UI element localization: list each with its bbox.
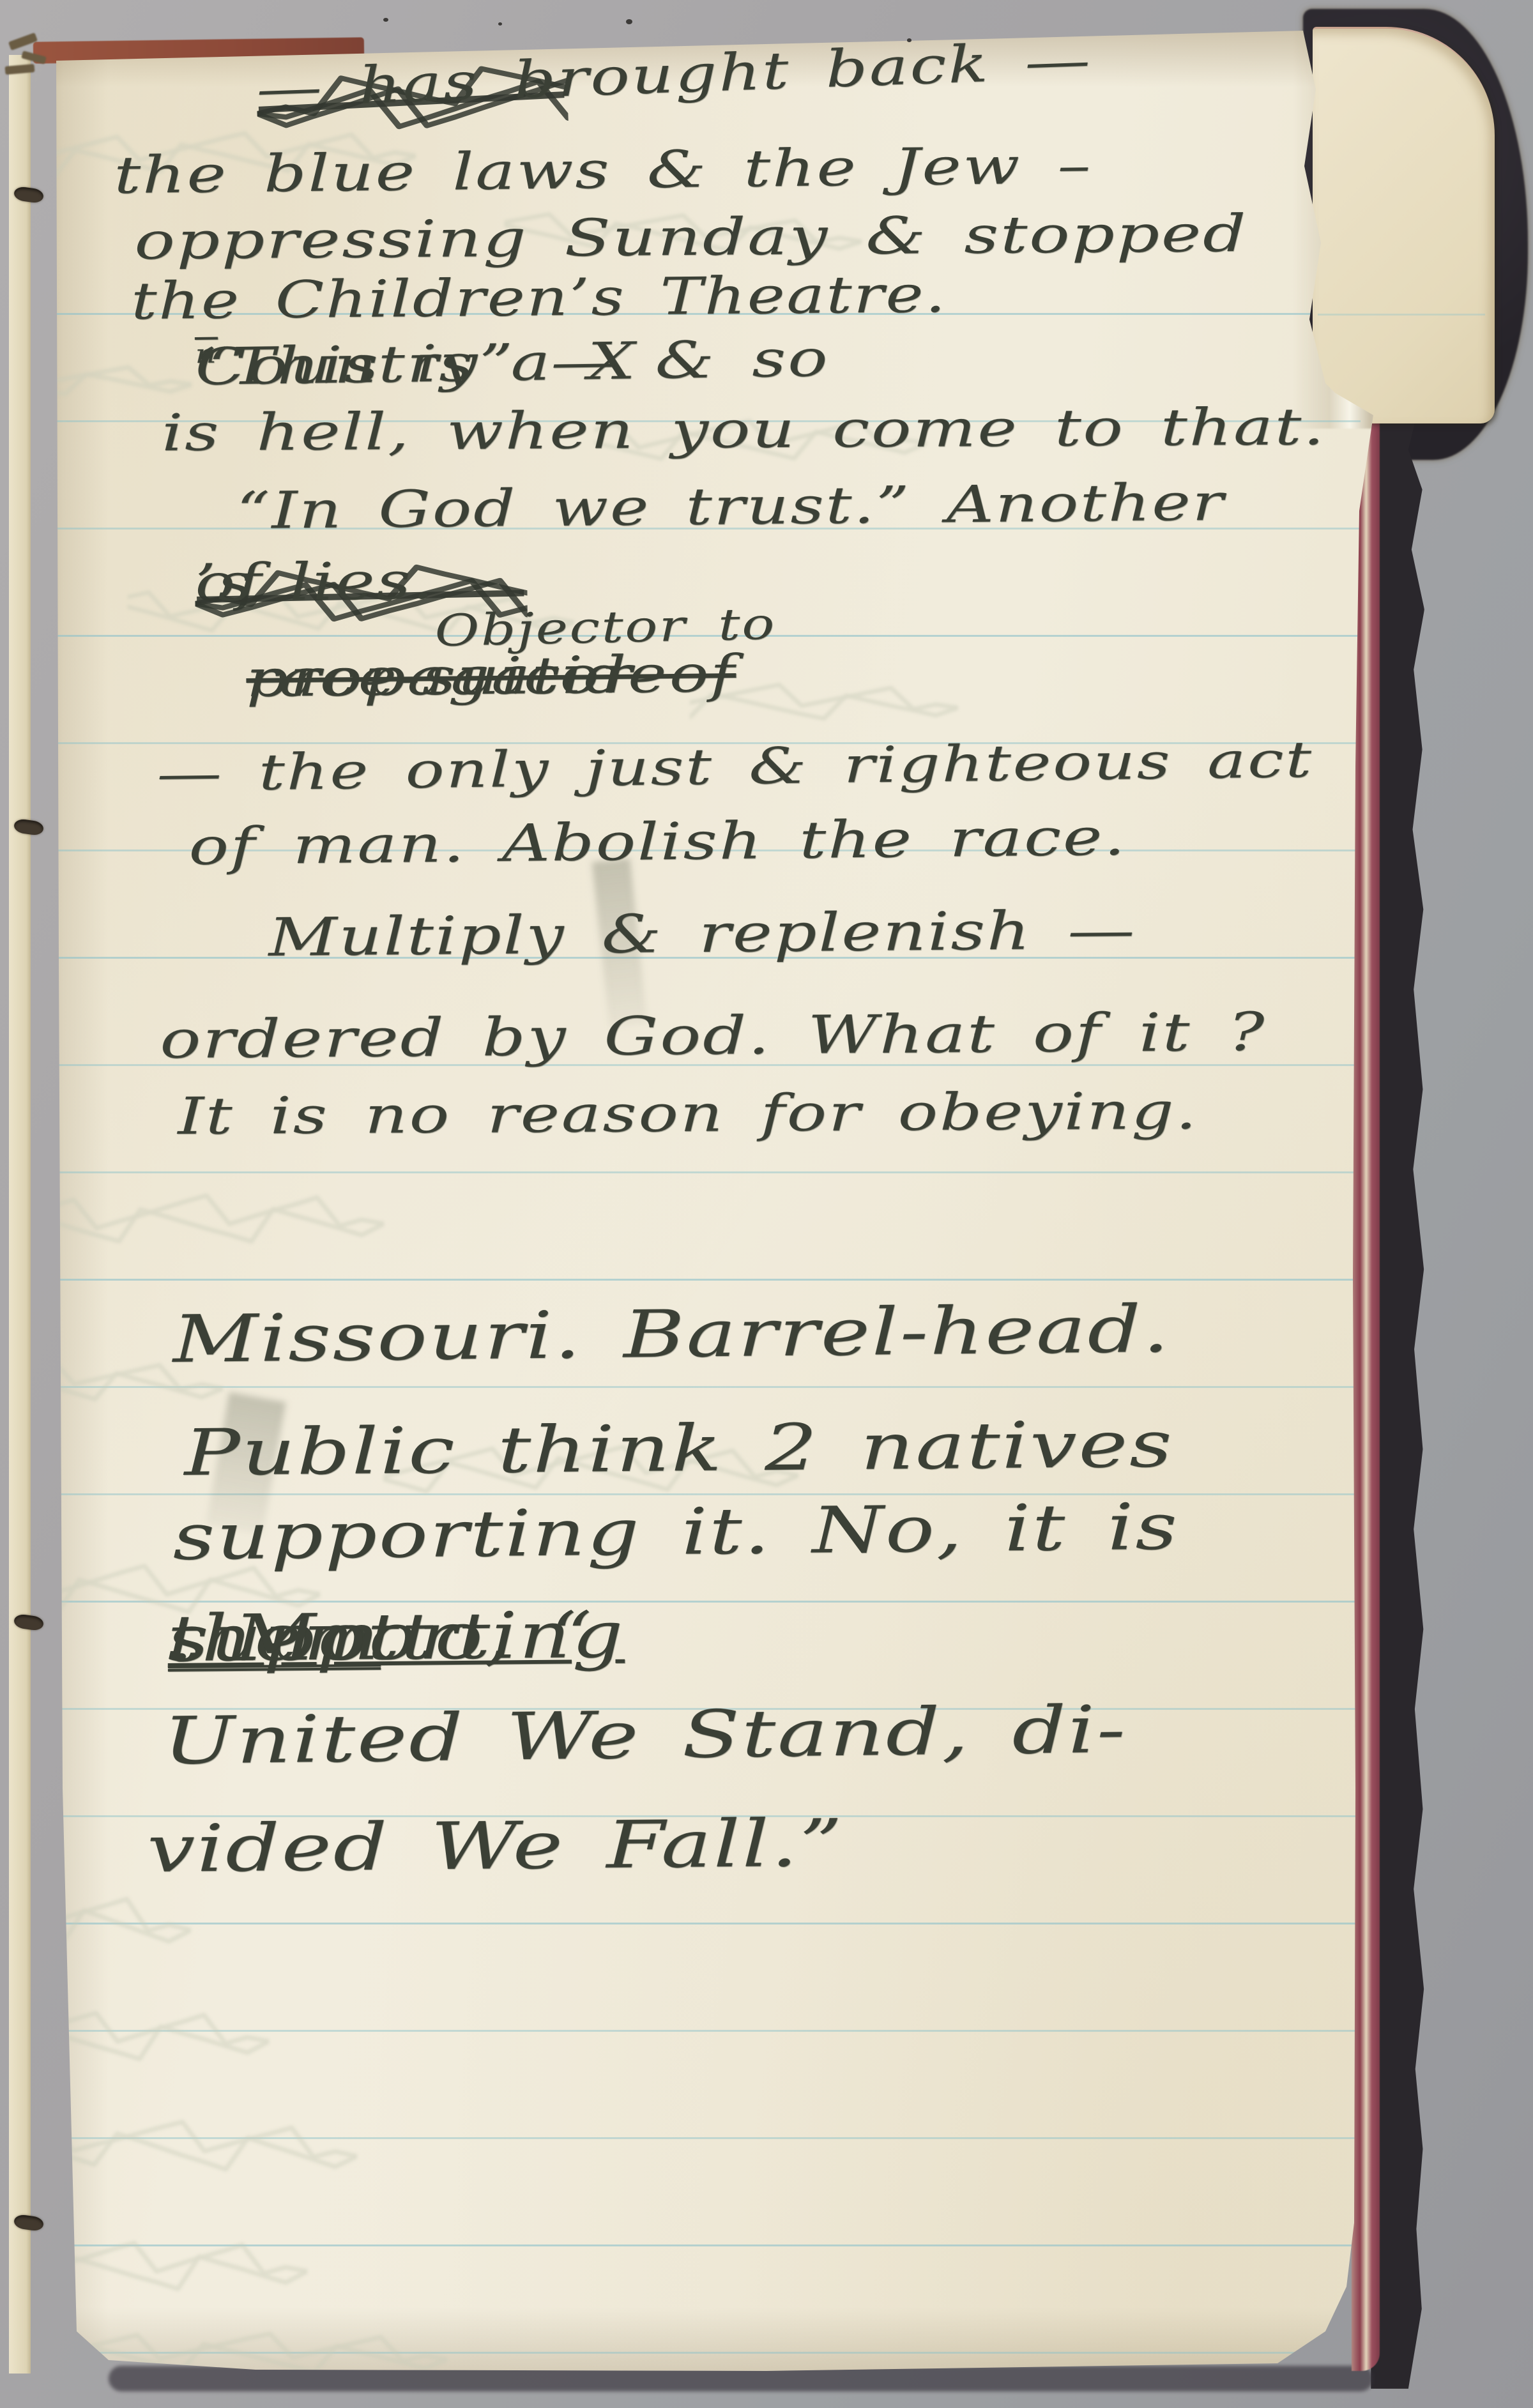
ruled-line xyxy=(38,1386,1361,1388)
handwriting-segment: of man. Abolish the race. xyxy=(188,812,1127,873)
underlying-page-corner xyxy=(1313,27,1495,423)
debris-speck xyxy=(498,22,502,26)
handwriting-segment: Missouri. Barrel-head. xyxy=(172,1297,1171,1373)
handwriting-segment: ’s lies. xyxy=(195,556,435,609)
handwriting-segment: is hell, when you come to that. xyxy=(162,401,1326,459)
handwriting-segment: “In God we trust.” Another xyxy=(236,476,1225,537)
ruled-line xyxy=(38,1171,1361,1173)
debris-speck xyxy=(626,19,632,24)
handwriting-segment: the Children’s Theatre. xyxy=(131,269,947,327)
handwriting-segment: supporting it. No, it is xyxy=(172,1495,1179,1569)
notebook-photo: — has brought back —the blue laws & the … xyxy=(0,0,1533,2408)
debris-speck xyxy=(907,38,911,42)
handwriting-segment: ordered by God. What of it ? xyxy=(160,1007,1266,1067)
handwriting-segment: Public think 2 natives xyxy=(184,1412,1174,1485)
handwriting-segment: — the only just & righteous act xyxy=(156,735,1313,799)
handwriting-segment: Multiply & replenish — xyxy=(268,904,1136,964)
handwriting-segment: oppressing Sunday & stopped xyxy=(134,208,1247,267)
handwriting-segment: the blue laws & the Jew – xyxy=(114,140,1092,201)
ruled-line xyxy=(38,1279,1361,1281)
handwriting-segment: It is no reason for obeying. xyxy=(178,1086,1198,1142)
handwriting-segment: . Motto, “ xyxy=(167,1603,594,1671)
handwriting-segment: race-suicide xyxy=(246,649,669,705)
ruled-line xyxy=(38,1923,1361,1924)
handwriting-segment: Country” — & so xyxy=(195,333,830,393)
ruled-line xyxy=(1318,314,1485,316)
previous-page-sliver xyxy=(9,55,31,2374)
handwriting-segment: United We Stand, di- xyxy=(163,1698,1127,1774)
handwriting-segment: vided We Fall.” xyxy=(147,1811,844,1882)
debris-speck xyxy=(383,18,388,22)
